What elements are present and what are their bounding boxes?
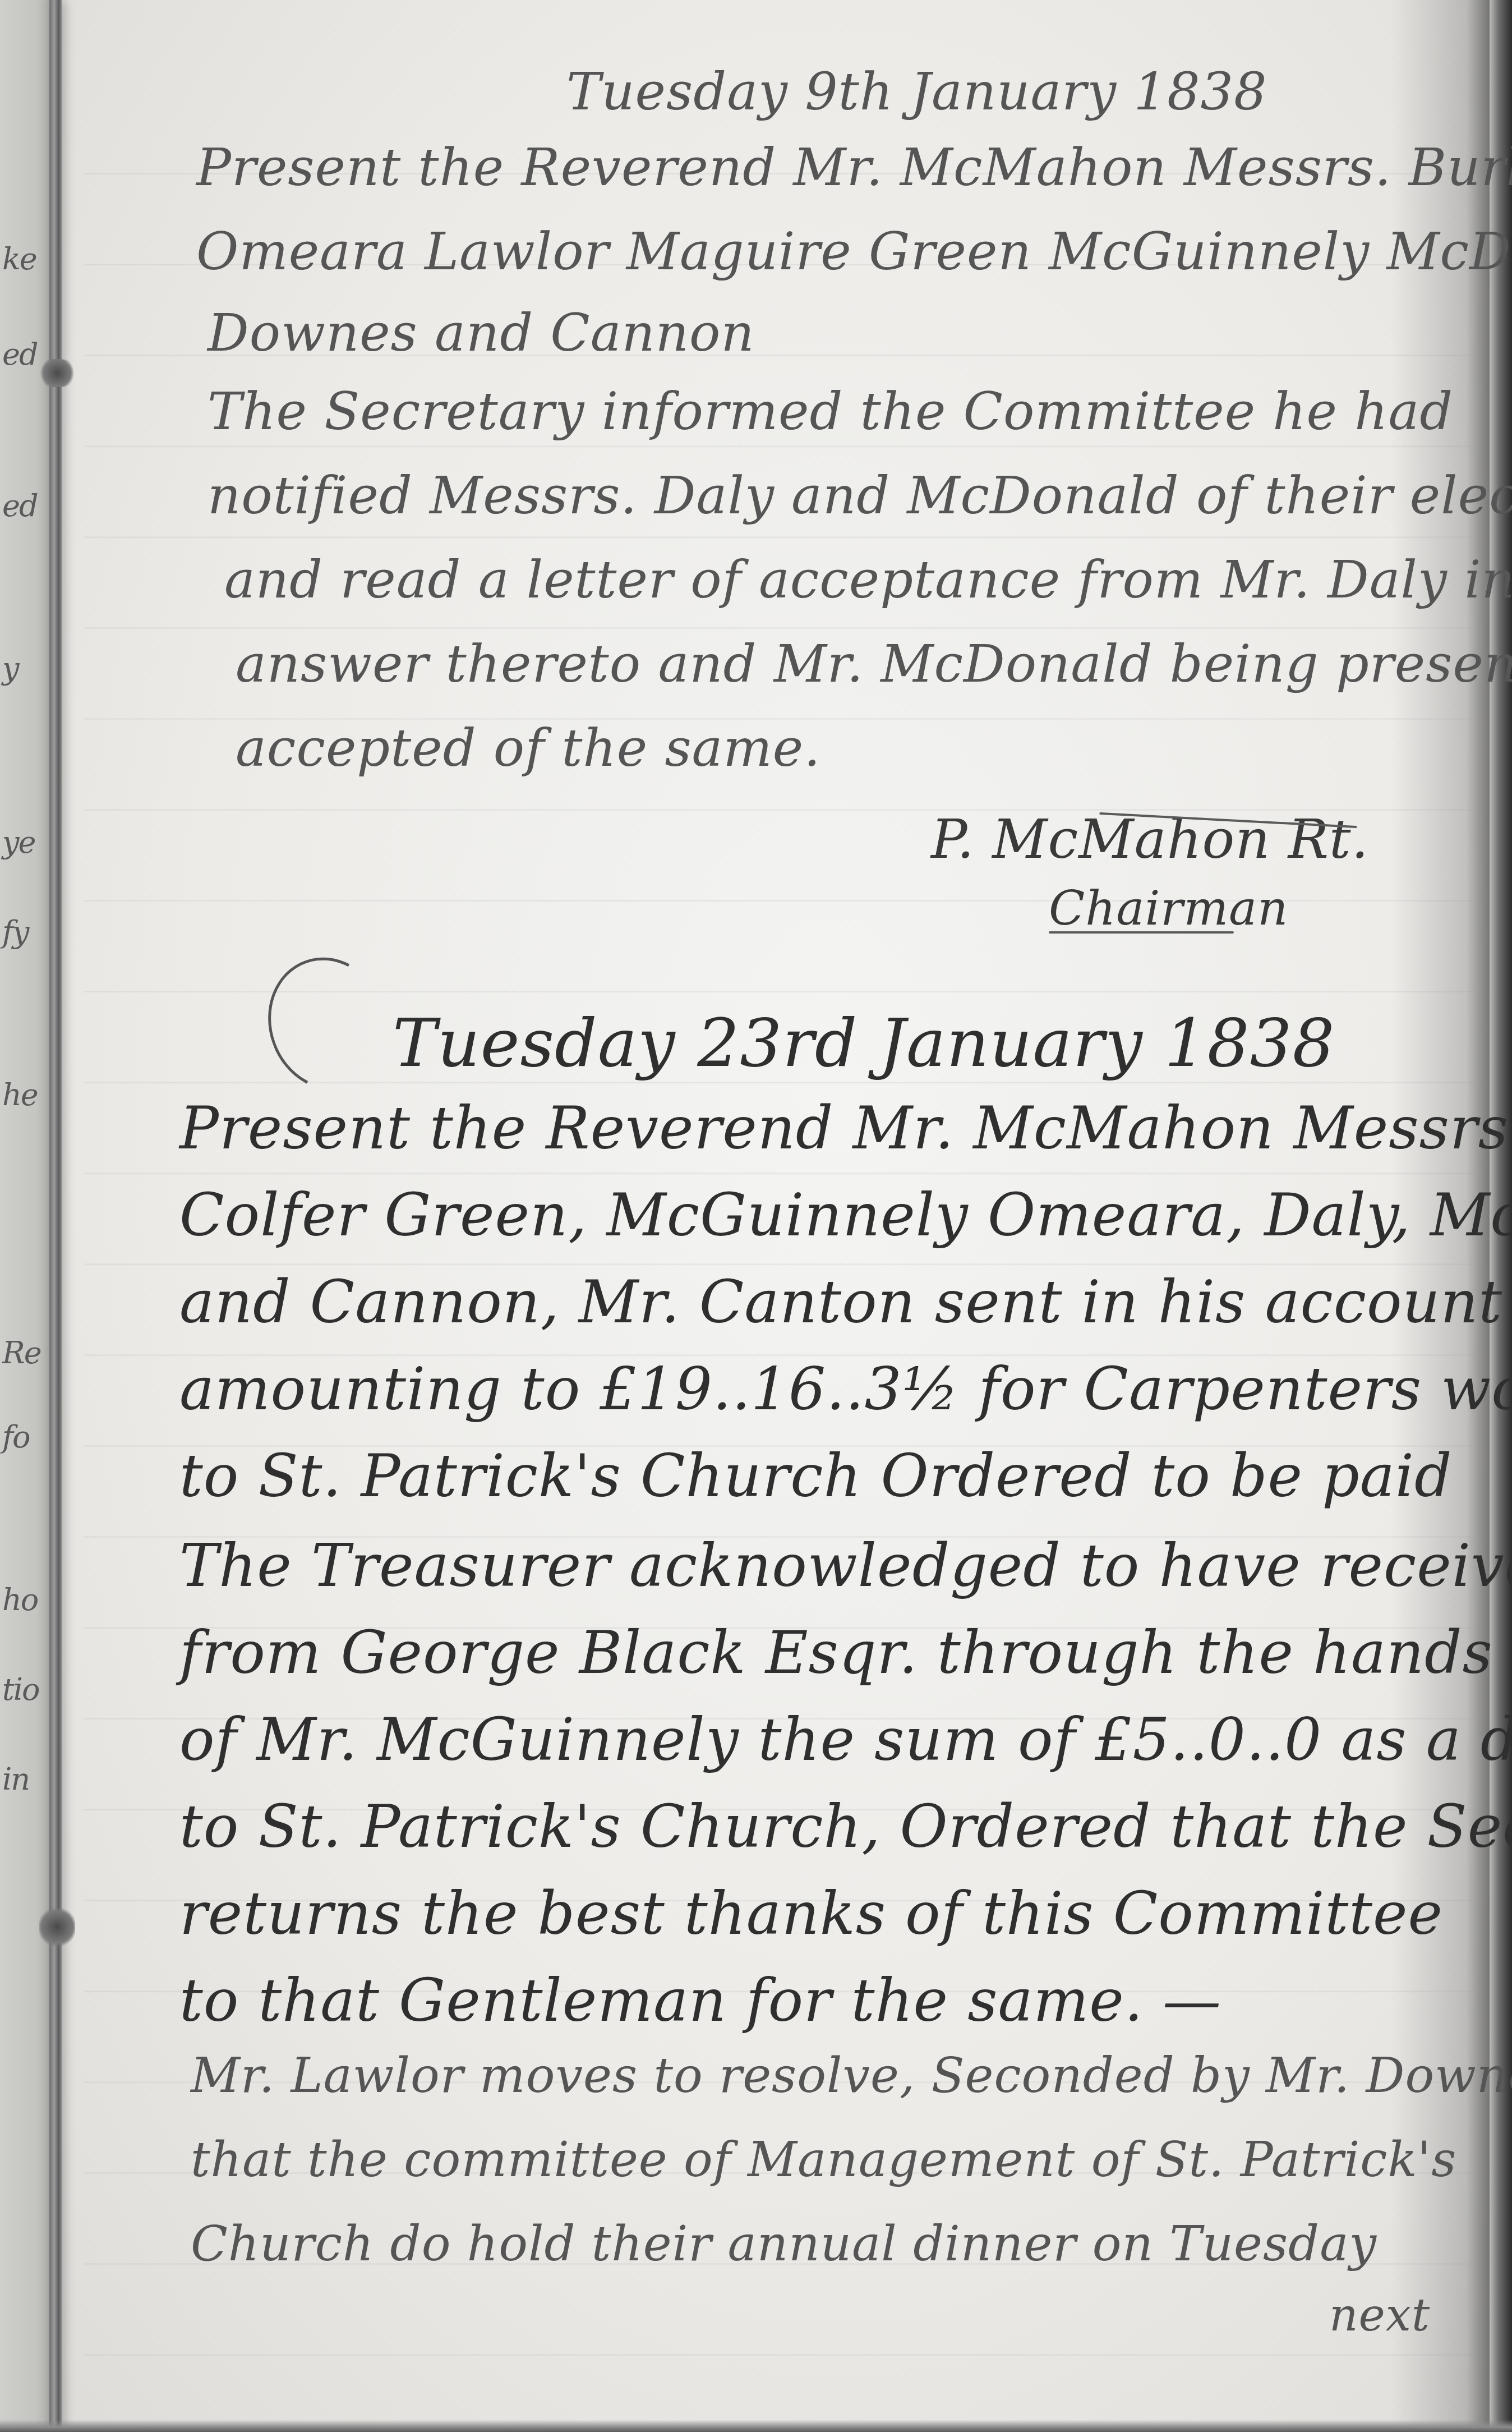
entry-1-line: Present the Reverend Mr. McMahon Messrs.… [196,137,1512,197]
facing-fragment: in [2,1762,29,1797]
facing-fragment: fy [2,914,29,950]
entry-2-line: to St. Patrick's Church Ordered to be pa… [179,1442,1453,1510]
catchword: next [1329,2289,1430,2341]
entry-1-date-heading: Tuesday 9th January 1838 [566,62,1267,122]
entry-2-line: amounting to £19..16..3½ for Carpenters … [179,1355,1512,1423]
page-bottom-edge [0,2420,1512,2432]
entry-2-date-heading: Tuesday 23rd January 1838 [393,1004,1335,1082]
manuscript-page: ke ed ed y ye fy he Re fo ho tio in Tues… [0,0,1512,2432]
chairman-signature: P. McMahon Rt. [931,808,1369,871]
facing-fragment: tio [2,1672,39,1707]
binding-knot [39,359,75,387]
facing-fragment: ke [2,241,36,277]
entry-2-line: Mr. Lawlor moves to resolve, Seconded by… [191,2048,1512,2104]
entry-2-line: that the committee of Management of St. … [191,2132,1456,2188]
entry-2-line: and Cannon, Mr. Canton sent in his accou… [179,1268,1502,1336]
entry-2-line: The Treasurer acknowledged to have recei… [179,1532,1512,1600]
entry-2-line: to that Gentleman for the same. — [179,1966,1221,2035]
entry-1-line: The Secretary informed the Committee he … [208,381,1453,442]
binding-knot [39,1907,75,1947]
facing-fragment: ye [2,825,35,860]
entry-2-line: Colfer Green, McGuinnely Omeara, Daly, M… [179,1181,1512,1249]
entry-2-line: Church do hold their annual dinner on Tu… [191,2216,1377,2272]
entry-2-line: from George Black Esqr. through the hand… [179,1619,1493,1687]
entry-1-line: and read a letter of acceptance from Mr.… [224,550,1512,610]
entry-2-line: Present the Reverend Mr. McMahon Messrs.… [179,1094,1512,1162]
facing-fragment: he [2,1077,38,1112]
facing-fragment: Re [2,1335,41,1371]
entry-1-line: Omeara Lawlor Maguire Green McGuinnely M… [196,222,1512,282]
entry-2-line: to St. Patrick's Church, Ordered that th… [179,1792,1512,1861]
entry-2-line: returns the best thanks of this Committe… [179,1879,1443,1948]
chairman-title: Chairman [1049,881,1288,936]
entry-1-line: accepted of the same. [236,718,820,778]
chairman-underline [1049,931,1234,934]
entry-1-line: answer thereto and Mr. McDonald being pr… [236,634,1512,694]
facing-fragment: fo [2,1419,30,1455]
heading-flourish [250,940,406,1107]
facing-fragment: ed [2,488,38,523]
facing-fragment: ed [2,337,38,372]
entry-1-line: notified Messrs. Daly and McDonald of th… [208,466,1512,526]
entry-2-line: of Mr. McGuinnely the sum of £5..0..0 as… [179,1705,1512,1774]
facing-fragment: ho [2,1582,38,1617]
facing-fragment: y [2,651,19,686]
entry-1-line: Downes and Cannon [208,303,755,363]
